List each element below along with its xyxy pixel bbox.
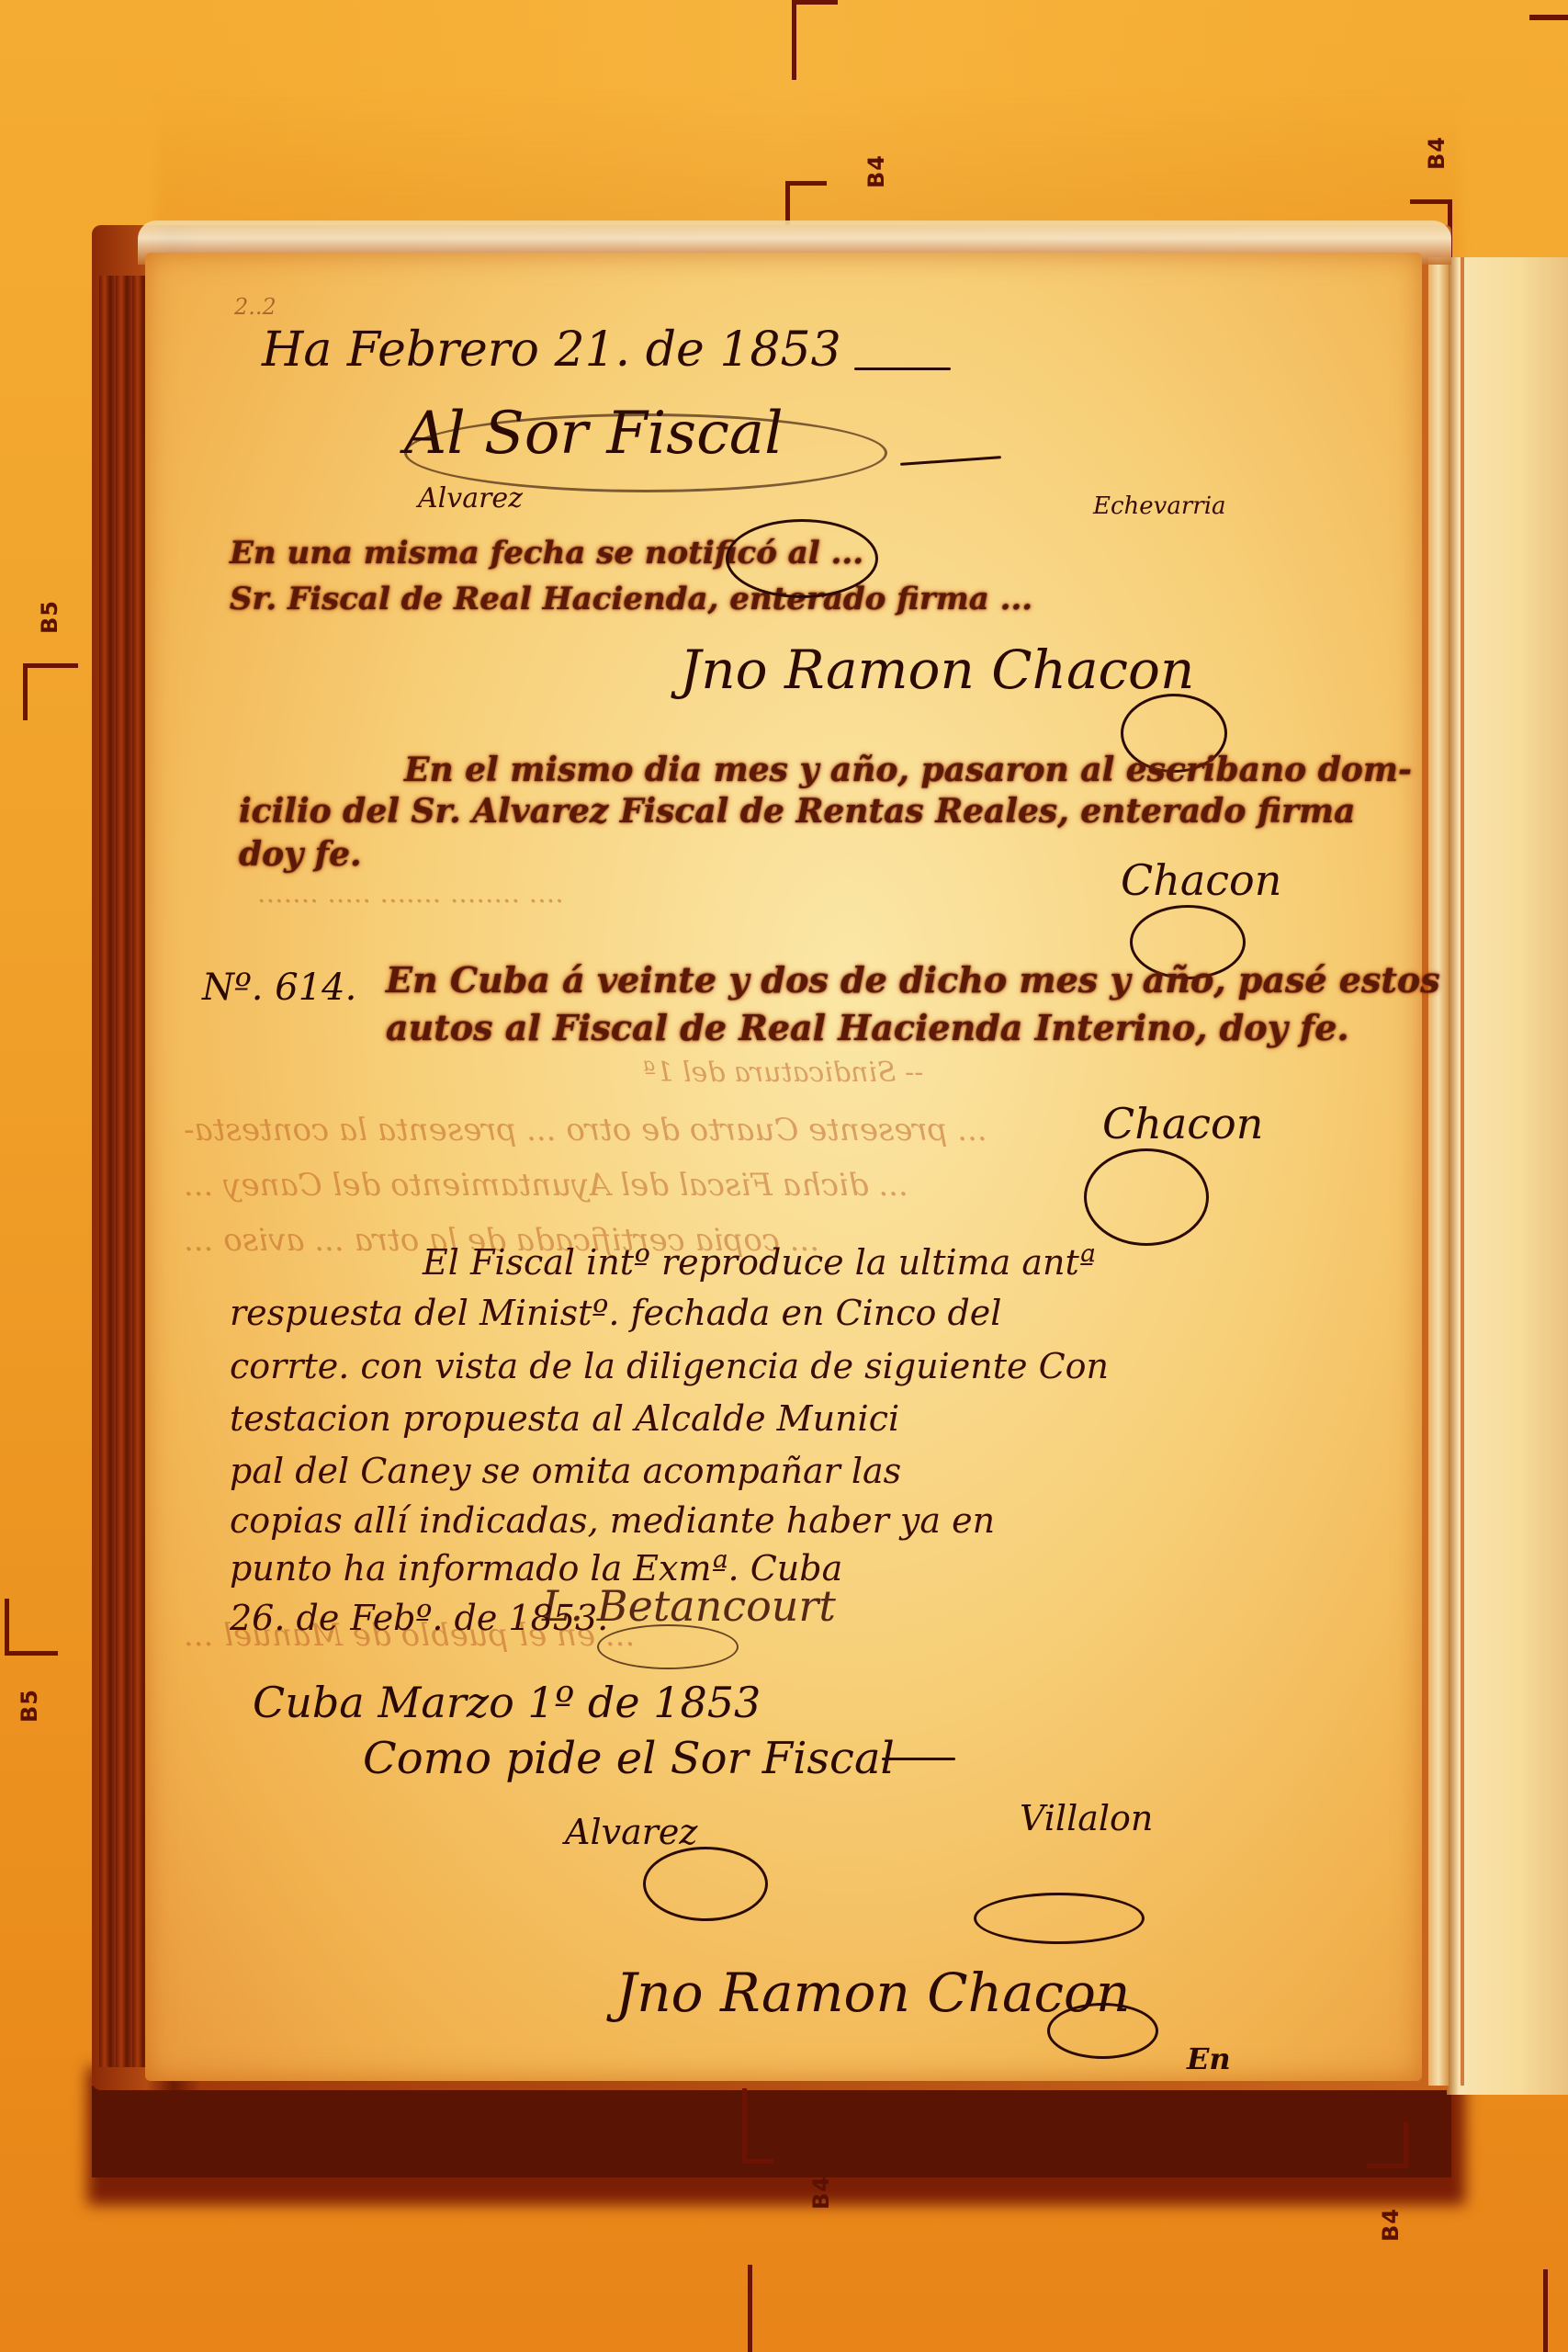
crop-mark-bottom-center-vertical: [742, 2088, 747, 2164]
crop-mark-top-center-vertical: [792, 0, 796, 80]
signature-paraph: [1047, 2003, 1158, 2059]
entry-1-initial-alvarez: Alvarez: [418, 485, 523, 513]
entry-3-line: autos al Fiscal de Real Hacienda Interin…: [386, 1011, 1349, 1046]
entry-4-signature-villalon: Villalon: [1020, 1801, 1153, 1836]
crop-mark-bottom-center-tick: [742, 2159, 773, 2164]
entry-1-bleed-line: Sr. Fiscal de Real Hacienda, enterado fi…: [230, 583, 1032, 615]
crop-label-b4-top: B4: [863, 154, 889, 188]
crop-label-b5-upper: B5: [37, 600, 62, 634]
fiscal-response-line: pal del Caney se omita acompañar las: [230, 1453, 901, 1488]
fiscal-response-line: respuesta del Ministº. fechada en Cinco …: [230, 1295, 1001, 1330]
fiscal-response-line: copias allí indicadas, mediante haber ya…: [230, 1503, 995, 1538]
entry-3-line: En Cuba á veinte y dos de dicho mes y añ…: [386, 963, 1440, 998]
margin-folio-mark: 2..2: [234, 296, 276, 318]
facing-page: [1447, 257, 1568, 2095]
crop-mark-top-center-tick: [792, 0, 838, 5]
bleed-through-line: ... presente Cuarto de otro ... presenta…: [184, 1112, 987, 1148]
bleed-through-line: .... ........ ....... ..... .......: [257, 877, 564, 910]
crop-mark-bottom-right-vertical: [1404, 2122, 1408, 2168]
entry-4-dateline: Cuba Marzo 1º de 1853: [253, 1681, 761, 1724]
signature-paraph: [643, 1847, 768, 1921]
entry-2-line: En el mismo dia mes y año, pasaron al es…: [404, 753, 1412, 786]
crop-label-b4-top-right: B4: [1424, 136, 1450, 170]
catchword: En: [1187, 2044, 1231, 2074]
crop-mark-top-right-tick: [1529, 15, 1568, 20]
crop-mark-b4-upper-tick: [785, 181, 827, 186]
entry-1-dateline: Ha Febrero 21. de 1853: [262, 326, 841, 374]
entry-2-line: doy fe.: [239, 838, 362, 871]
crop-mark-bottom-right-frame: [1543, 2269, 1548, 2352]
page-gutter: [1428, 257, 1449, 2086]
fiscal-response-line: corrte. con vista de la diligencia de si…: [230, 1349, 1109, 1384]
entry-2-signature: Chacon: [1121, 859, 1281, 901]
entry-2-line: icilio del Sr. Alvarez Fiscal de Rentas …: [239, 795, 1355, 828]
crop-mark-left-lower-vertical: [5, 1599, 9, 1656]
crop-mark-left-upper-tick: [23, 663, 78, 668]
entry-1-initial-echevarria: Echevarria: [1093, 494, 1226, 518]
heading-flourish: [404, 413, 887, 492]
book-shadow-band: [92, 2086, 1451, 2177]
entry-4-signature-alvarez: Alvarez: [565, 1815, 697, 1849]
entry-3-signature: Chacon: [1102, 1102, 1263, 1145]
fiscal-response-line: testacion propuesta al Alcalde Munici: [230, 1401, 899, 1436]
dateline-rule: [854, 367, 951, 370]
fiscal-response-signature: L. Betancourt: [542, 1585, 836, 1627]
bleed-through-line: -- Sindicatura del 1ª: [643, 1057, 923, 1089]
entry-3-margin-number: Nº. 614.: [202, 969, 356, 1006]
entry-4-line: Como pide el Sor Fiscal: [363, 1736, 895, 1781]
crop-label-b5-lower: B5: [17, 1689, 42, 1723]
crop-mark-left-upper-vertical: [23, 663, 28, 720]
entry-1-signature: Jno Ramon Chacon: [680, 643, 1194, 696]
entry-4-rule: [882, 1758, 955, 1760]
bleed-through-line: ... dicha Fiscal del Ayuntamiento del Ca…: [184, 1167, 908, 1204]
crop-mark-bottom-right-tick: [1367, 2164, 1408, 2168]
paraph-flourish: [726, 519, 878, 598]
entry-4-signature: Jno Ramon Chacon: [615, 1966, 1130, 2019]
crop-mark-bottom-left-frame: [748, 2265, 752, 2352]
facing-page-edge: [1461, 257, 1464, 2086]
signature-paraph: [597, 1624, 739, 1669]
signature-paraph: [1084, 1148, 1209, 1246]
crop-label-b4-bottom: B4: [808, 2176, 834, 2210]
crop-label-b4-bottom-right: B4: [1378, 2208, 1404, 2242]
signature-paraph: [974, 1893, 1145, 1944]
crop-mark-left-lower-tick: [5, 1651, 58, 1656]
fiscal-response-line: El Fiscal intº reproduce la ultima antª: [423, 1245, 1096, 1280]
crop-mark-top-right-corner: [1410, 199, 1452, 204]
